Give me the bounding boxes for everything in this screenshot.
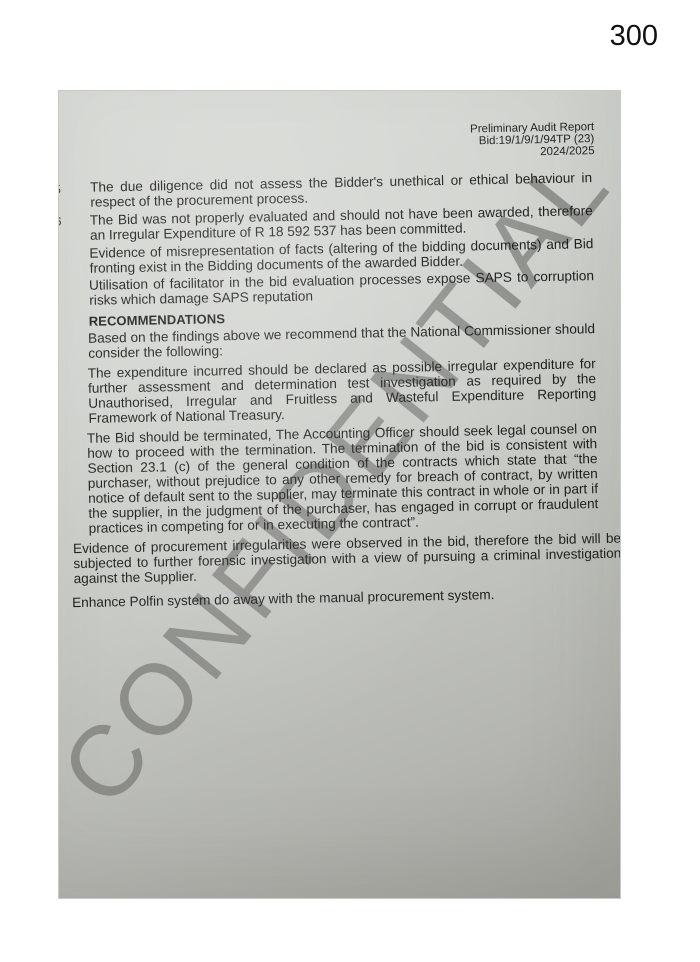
recommendation-forensic-investigation: Evidence of procurement irregularities w… (73, 531, 621, 587)
report-header: Preliminary Audit Report Bid:19/1/9/1/94… (470, 121, 595, 159)
recommendation-polfin-system: Enhance Polfin system do away with the m… (72, 585, 621, 611)
recommendation-terminate-bid: The Bid should be terminated, The Accoun… (87, 421, 599, 536)
finding-number-5: 5 (58, 182, 61, 197)
recommendation-irregular-expenditure: The expenditure incurred should be decla… (88, 356, 597, 426)
report-period: 2024/2025 (470, 145, 594, 159)
finding-number-6: 6 (58, 214, 62, 229)
document-photo: CONFIDENTIAL Preliminary Audit Report Bi… (58, 90, 621, 899)
page-number: 300 (610, 20, 658, 53)
recommendations-heading: RECOMMENDATIONS (89, 311, 226, 329)
document-page: CONFIDENTIAL Preliminary Audit Report Bi… (58, 90, 621, 899)
